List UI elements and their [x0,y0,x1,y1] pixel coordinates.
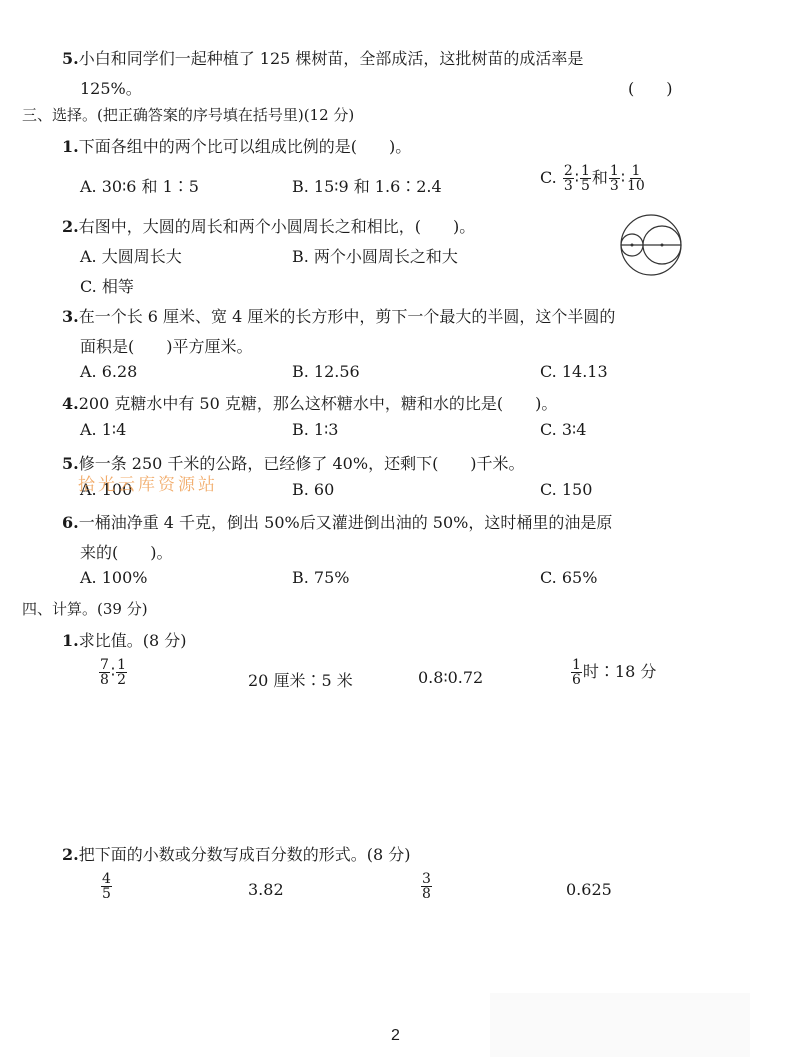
question-text: 一桶油净重 4 千克，倒出 50%后又灌进倒出油的 50%，这时桶里的油是原 [79,513,613,532]
convert-item-2: 3.82 [248,880,284,899]
fraction: 110 [626,164,646,193]
option-c[interactable]: C. 14.13 [540,362,608,381]
fraction: 15 [580,164,591,193]
calc-question-2: 2.把下面的小数或分数写成百分数的形式。(8 分) [62,842,410,865]
answer-bracket[interactable]: ( ) [628,76,673,99]
option-b[interactable]: B. 15∶9 和 1.6∶2.4 [292,174,442,197]
option-a[interactable]: A. 100% [80,568,147,587]
question-text: 求比值。(8 分) [79,631,187,650]
option-a[interactable]: A. 6.28 [80,362,137,381]
option-c[interactable]: C. 3∶4 [540,420,586,439]
watermark: 拾光云库资源站 [78,470,218,495]
section-title: 三、选择。(把正确答案的序号填在括号里)(12 分) [22,104,354,125]
mc-question-3: 3.在一个长 6 厘米、宽 4 厘米的长方形中，剪下一个最大的半圆，这个半圆的 [62,304,615,327]
option-c[interactable]: C. 65% [540,568,597,587]
section-title: 四、计算。(39 分) [22,598,148,619]
question-number: 6. [62,513,79,532]
mc-question-1: 1.下面各组中的两个比可以组成比例的是( )。 [62,134,411,157]
fraction: 13 [609,164,620,193]
question-text: 在一个长 6 厘米、宽 4 厘米的长方形中，剪下一个最大的半圆，这个半圆的 [79,307,616,326]
circles-diagram-icon [618,212,684,278]
question-number: 5. [62,454,79,473]
calc-question-1: 1.求比值。(8 分) [62,628,186,651]
calc-item-2: 20 厘米∶5 米 [248,668,353,691]
option-c[interactable]: C. 150 [540,480,592,499]
scan-shade [490,993,750,1057]
mc-question-4: 4.200 克糖水中有 50 克糖，那么这杯糖水中，糖和水的比是( )。 [62,391,557,414]
convert-item-1: 45 [100,872,113,901]
option-b[interactable]: B. 60 [292,480,334,499]
option-a[interactable]: A. 1∶4 [80,420,126,439]
question-number: 2. [62,217,79,236]
page-number: 2 [391,1027,400,1045]
judgment-q5-line2: 125%。 [80,76,142,99]
calc-item-3: 0.8∶0.72 [418,668,483,687]
fraction: 23 [563,164,574,193]
question-number: 1. [62,631,79,650]
question-number: 3. [62,307,79,326]
option-c[interactable]: C. 23∶15和13∶110 [540,164,647,193]
question-number: 1. [62,137,79,156]
question-text-line2: 来的( )。 [80,540,173,563]
question-text: 200 克糖水中有 50 克糖，那么这杯糖水中，糖和水的比是( )。 [79,394,558,413]
calc-item-1: 78∶12 [98,658,128,687]
option-c[interactable]: C. 相等 [80,274,134,297]
question-number: 2. [62,845,79,864]
question-number: 4. [62,394,79,413]
question-number: 5. [62,49,79,68]
calc-item-4: 16时∶18 分 [570,658,656,687]
question-text: 把下面的小数或分数写成百分数的形式。(8 分) [79,845,411,864]
convert-item-3: 38 [420,872,433,901]
option-b[interactable]: B. 1∶3 [292,420,338,439]
option-a[interactable]: A. 30∶6 和 1∶5 [80,174,199,197]
question-text: 右图中，大圆的周长和两个小圆周长之和相比，( )。 [79,217,476,236]
mc-question-6: 6.一桶油净重 4 千克，倒出 50%后又灌进倒出油的 50%，这时桶里的油是原 [62,510,612,533]
mc-question-2: 2.右图中，大圆的周长和两个小圆周长之和相比，( )。 [62,214,475,237]
option-b[interactable]: B. 75% [292,568,350,587]
question-text: 小白和同学们一起种植了 125 棵树苗，全部成活，这批树苗的成活率是 [79,49,584,68]
option-label: C. [540,168,557,187]
question-text-line2: 面积是( )平方厘米。 [80,334,253,357]
question-text: 下面各组中的两个比可以组成比例的是( )。 [79,137,412,156]
judgment-q5: 5.小白和同学们一起种植了 125 棵树苗，全部成活，这批树苗的成活率是 [62,46,583,69]
convert-item-4: 0.625 [566,880,612,899]
option-b[interactable]: B. 两个小圆周长之和大 [292,244,458,267]
option-a[interactable]: A. 大圆周长大 [80,244,182,267]
option-b[interactable]: B. 12.56 [292,362,360,381]
